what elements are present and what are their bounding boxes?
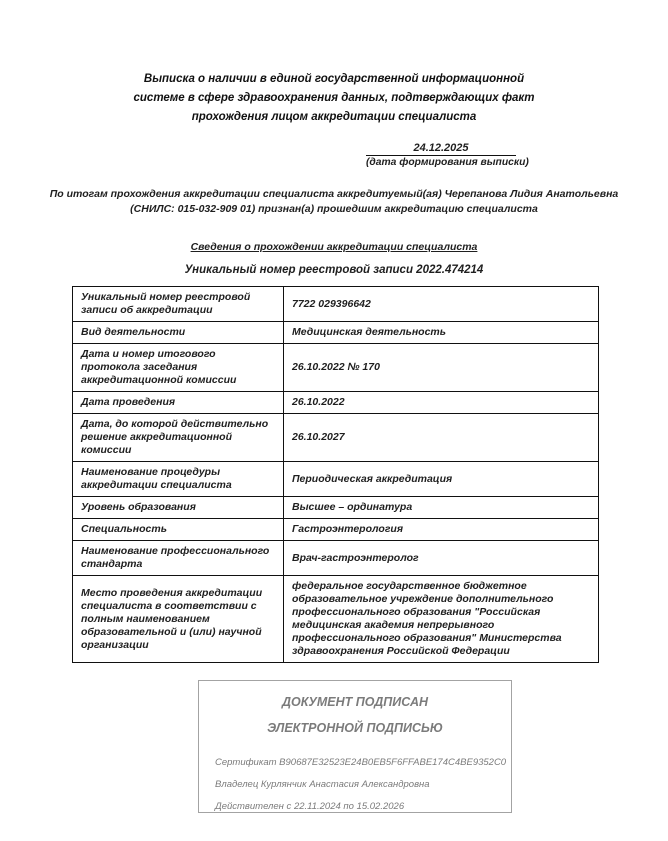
signature-details: Сертификат B90687E32523E24B0EB5F6FFABE17… — [215, 757, 495, 812]
row-label: Уровень образования — [73, 497, 284, 519]
row-label: Дата, до которой действительно решение а… — [73, 414, 284, 462]
table-row: Дата, до которой действительно решение а… — [73, 414, 599, 462]
table-row: Специальность Гастроэнтерология — [73, 519, 599, 541]
row-value: Периодическая аккредитация — [284, 462, 599, 497]
signature-owner: Владелец Курлянчик Анастасия Александров… — [215, 779, 495, 790]
table-row: Наименование процедуры аккредитации спец… — [73, 462, 599, 497]
row-label: Наименование процедуры аккредитации спец… — [73, 462, 284, 497]
page-title-line-2: системе в сфере здравоохранения данных, … — [0, 89, 668, 108]
signature-title-line-1: ДОКУМЕНТ ПОДПИСАН — [215, 694, 495, 710]
row-label: Место проведения аккредитации специалист… — [73, 576, 284, 663]
row-value: Врач-гастроэнтеролог — [284, 541, 599, 576]
row-value: 26.10.2022 — [284, 392, 599, 414]
table-row: Уровень образования Высшее – ординатура — [73, 497, 599, 519]
row-value: 26.10.2027 — [284, 414, 599, 462]
issue-date-block: 24.12.2025 (дата формирования выписки) — [366, 142, 516, 168]
accreditation-table: Уникальный номер реестровой записи об ак… — [72, 286, 599, 663]
row-label: Вид деятельности — [73, 322, 284, 344]
row-label: Специальность — [73, 519, 284, 541]
table-row: Дата и номер итогового протокола заседан… — [73, 344, 599, 392]
signature-validity: Действителен с 22.11.2024 по 15.02.2026 — [215, 801, 495, 812]
digital-signature-box: ДОКУМЕНТ ПОДПИСАН ЭЛЕКТРОННОЙ ПОДПИСЬЮ С… — [198, 680, 512, 813]
row-value: Медицинская деятельность — [284, 322, 599, 344]
signature-title: ДОКУМЕНТ ПОДПИСАН ЭЛЕКТРОННОЙ ПОДПИСЬЮ — [215, 694, 495, 736]
row-label: Дата и номер итогового протокола заседан… — [73, 344, 284, 392]
table-row: Место проведения аккредитации специалист… — [73, 576, 599, 663]
row-value: Гастроэнтерология — [284, 519, 599, 541]
table-row: Вид деятельности Медицинская деятельност… — [73, 322, 599, 344]
table-row: Уникальный номер реестровой записи об ак… — [73, 287, 599, 322]
intro-paragraph: По итогам прохождения аккредитации специ… — [27, 187, 641, 217]
issue-date-caption: (дата формирования выписки) — [366, 157, 516, 168]
page-title: Выписка о наличии в единой государственн… — [0, 0, 668, 127]
page-title-line-3: прохождения лицом аккредитации специалис… — [0, 108, 668, 127]
row-label: Наименование профессионального стандарта — [73, 541, 284, 576]
row-value: 7722 029396642 — [284, 287, 599, 322]
row-value: федеральное государственное бюджетное об… — [284, 576, 599, 663]
document-page: Выписка о наличии в единой государственн… — [0, 0, 668, 841]
row-label: Уникальный номер реестровой записи об ак… — [73, 287, 284, 322]
row-label: Дата проведения — [73, 392, 284, 414]
row-value: Высшее – ординатура — [284, 497, 599, 519]
registry-number-line: Уникальный номер реестровой записи 2022.… — [0, 264, 668, 276]
table-row: Наименование профессионального стандарта… — [73, 541, 599, 576]
signature-certificate: Сертификат B90687E32523E24B0EB5F6FFABE17… — [215, 757, 495, 768]
table-row: Дата проведения 26.10.2022 — [73, 392, 599, 414]
row-value: 26.10.2022 № 170 — [284, 344, 599, 392]
signature-title-line-2: ЭЛЕКТРОННОЙ ПОДПИСЬЮ — [215, 720, 495, 736]
page-title-line-1: Выписка о наличии в единой государственн… — [0, 70, 668, 89]
section-heading: Сведения о прохождении аккредитации спец… — [0, 241, 668, 253]
issue-date: 24.12.2025 — [366, 142, 516, 156]
